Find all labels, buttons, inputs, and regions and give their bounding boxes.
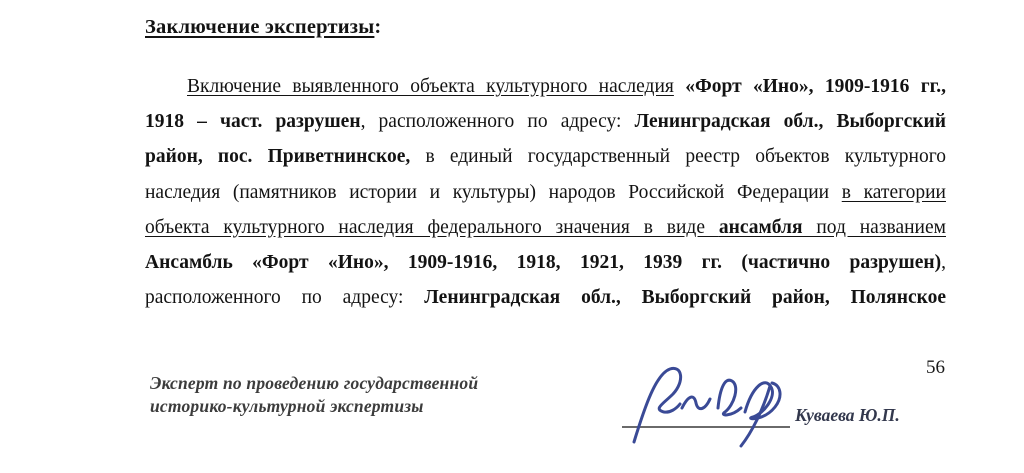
paragraph-segment: Ансамбль «Форт «Ино», 1909-1916, 1918, 1… [145,252,941,273]
conclusion-paragraph: Включение выявленного объекта культурног… [145,69,946,315]
signature-ink [634,368,780,446]
document-page: Заключение экспертизы: Включение выявлен… [0,0,1024,473]
paragraph-segment: под названием [803,217,947,238]
heading-text: Заключение экспертизы [145,16,374,38]
expert-role-caption: Эксперт по проведению государственной ис… [150,372,478,418]
signatory-name: Куваева Ю.П. [795,405,900,426]
heading-colon: : [374,16,381,38]
expert-role-line-2: историко-культурной экспертизы [150,395,478,418]
paragraph-segment: Ленинградская обл., Выборгский район, По… [424,287,946,308]
document-text-block: Заключение экспертизы: Включение выявлен… [145,16,946,315]
paragraph-segment: ансамбля [719,217,803,238]
paragraph-segment: , расположенного по адресу: [361,111,635,132]
paragraph-segment: Включение выявленного объекта культурног… [187,76,674,97]
document-heading: Заключение экспертизы: [145,16,946,39]
signature-area [612,356,817,452]
expert-role-line-1: Эксперт по проведению государственной [150,372,478,395]
signature-image [612,356,817,452]
page-number: 56 [926,357,945,379]
